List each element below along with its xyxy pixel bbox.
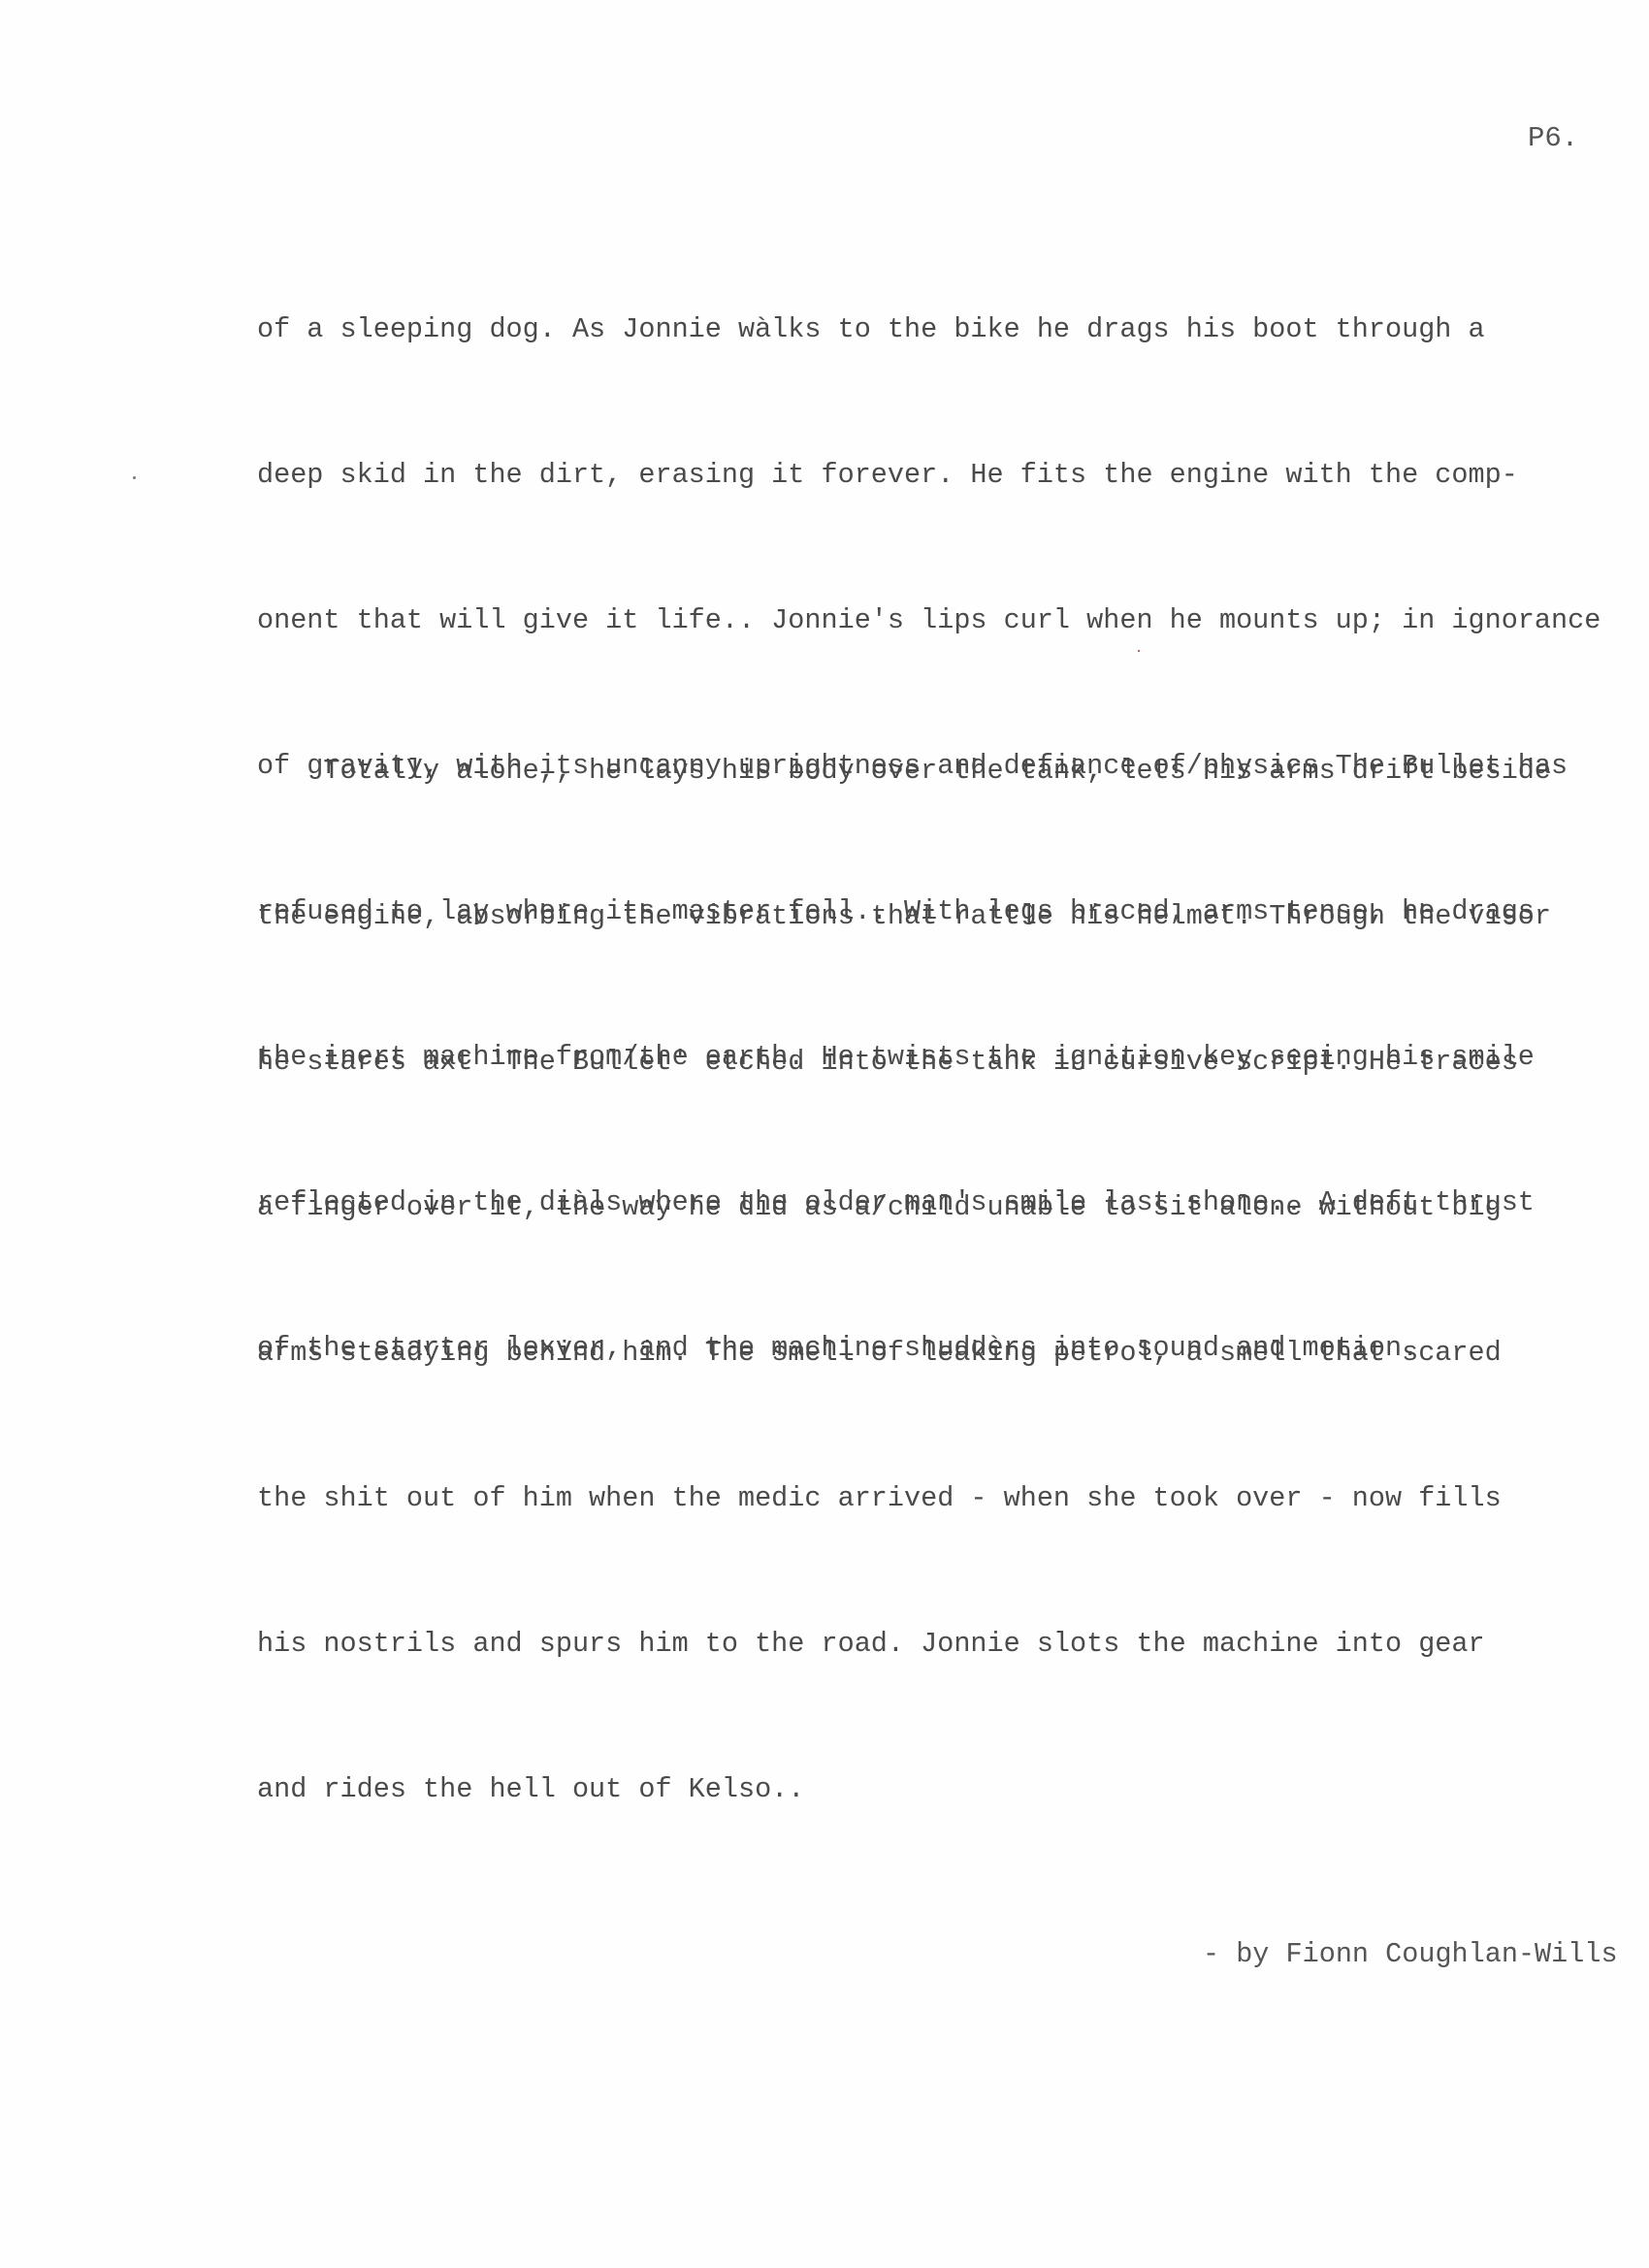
page-number: P6.: [1528, 114, 1578, 163]
author-signature: - by Fionn Coughlan-Wills: [1203, 1930, 1618, 1979]
text-line: Totally alone,, he lays his body over th…: [257, 747, 1551, 795]
text-line: onent that will give it life.. Jonnie's …: [257, 597, 1600, 645]
text-line: of a sleeping dog. As Jonnie wàlks to th…: [257, 306, 1600, 354]
paper-speck: [1138, 650, 1140, 652]
typewritten-page: P6. of a sleeping dog. As Jonnie wàlks t…: [0, 0, 1649, 2268]
text-line: arms steadying behind him. The smell of …: [257, 1329, 1551, 1377]
text-line: the shit out of him when the medic arriv…: [257, 1474, 1551, 1523]
paragraph-2: Totally alone,, he lays his body over th…: [257, 650, 1551, 1911]
paper-speck: [133, 476, 136, 479]
text-line: a finger over it, the way he did as a/ch…: [257, 1183, 1551, 1232]
text-line: and rides the hell out of Kelso..: [257, 1766, 1551, 1814]
text-line: the engine, absorbing the vibrations tha…: [257, 892, 1551, 941]
text-line: deep skid in the dirt, erasing it foreve…: [257, 451, 1600, 500]
text-line: his nostrils and spurs him to the road. …: [257, 1620, 1551, 1669]
text-line: he stares axt 'The Bullet' etched into t…: [257, 1038, 1551, 1086]
